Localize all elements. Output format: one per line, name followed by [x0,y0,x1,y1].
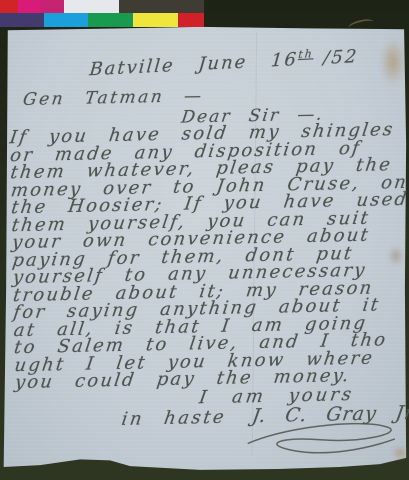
colorbar-patch-cyan [44,13,88,27]
dateline: Batville June 16th/52 [88,45,359,80]
signature-flourish [242,418,403,459]
recipient-line: Gen Tatman — [22,86,205,110]
letter-body: If you have sold my shingles or made any… [10,121,403,392]
dateline-place-month-day: Batville June 16 [88,49,298,80]
color-calibration-bar [0,0,204,27]
colorbar-patch-yellow [133,13,178,27]
colorbar-patch-violet [0,13,44,27]
colorbar-patch-magenta-2 [41,0,64,13]
colorbar-patch-dark-olive [119,0,204,13]
handwritten-text: Batville June 16th/52 Gen Tatman — Dear … [0,0,409,480]
closing-in-haste: in haste [120,407,228,430]
colorbar-patch-green [88,13,133,27]
color-bar-row-1 [0,0,204,13]
dateline-year: /52 [322,46,359,69]
colorbar-patch-red [0,0,18,13]
colorbar-patch-white [64,0,119,13]
dateline-ordinal: th [298,47,315,61]
colorbar-patch-red-2 [178,13,204,27]
color-bar-row-2 [0,13,204,27]
colorbar-patch-magenta [18,0,41,13]
letter-scan: Batville June 16th/52 Gen Tatman — Dear … [0,0,409,480]
